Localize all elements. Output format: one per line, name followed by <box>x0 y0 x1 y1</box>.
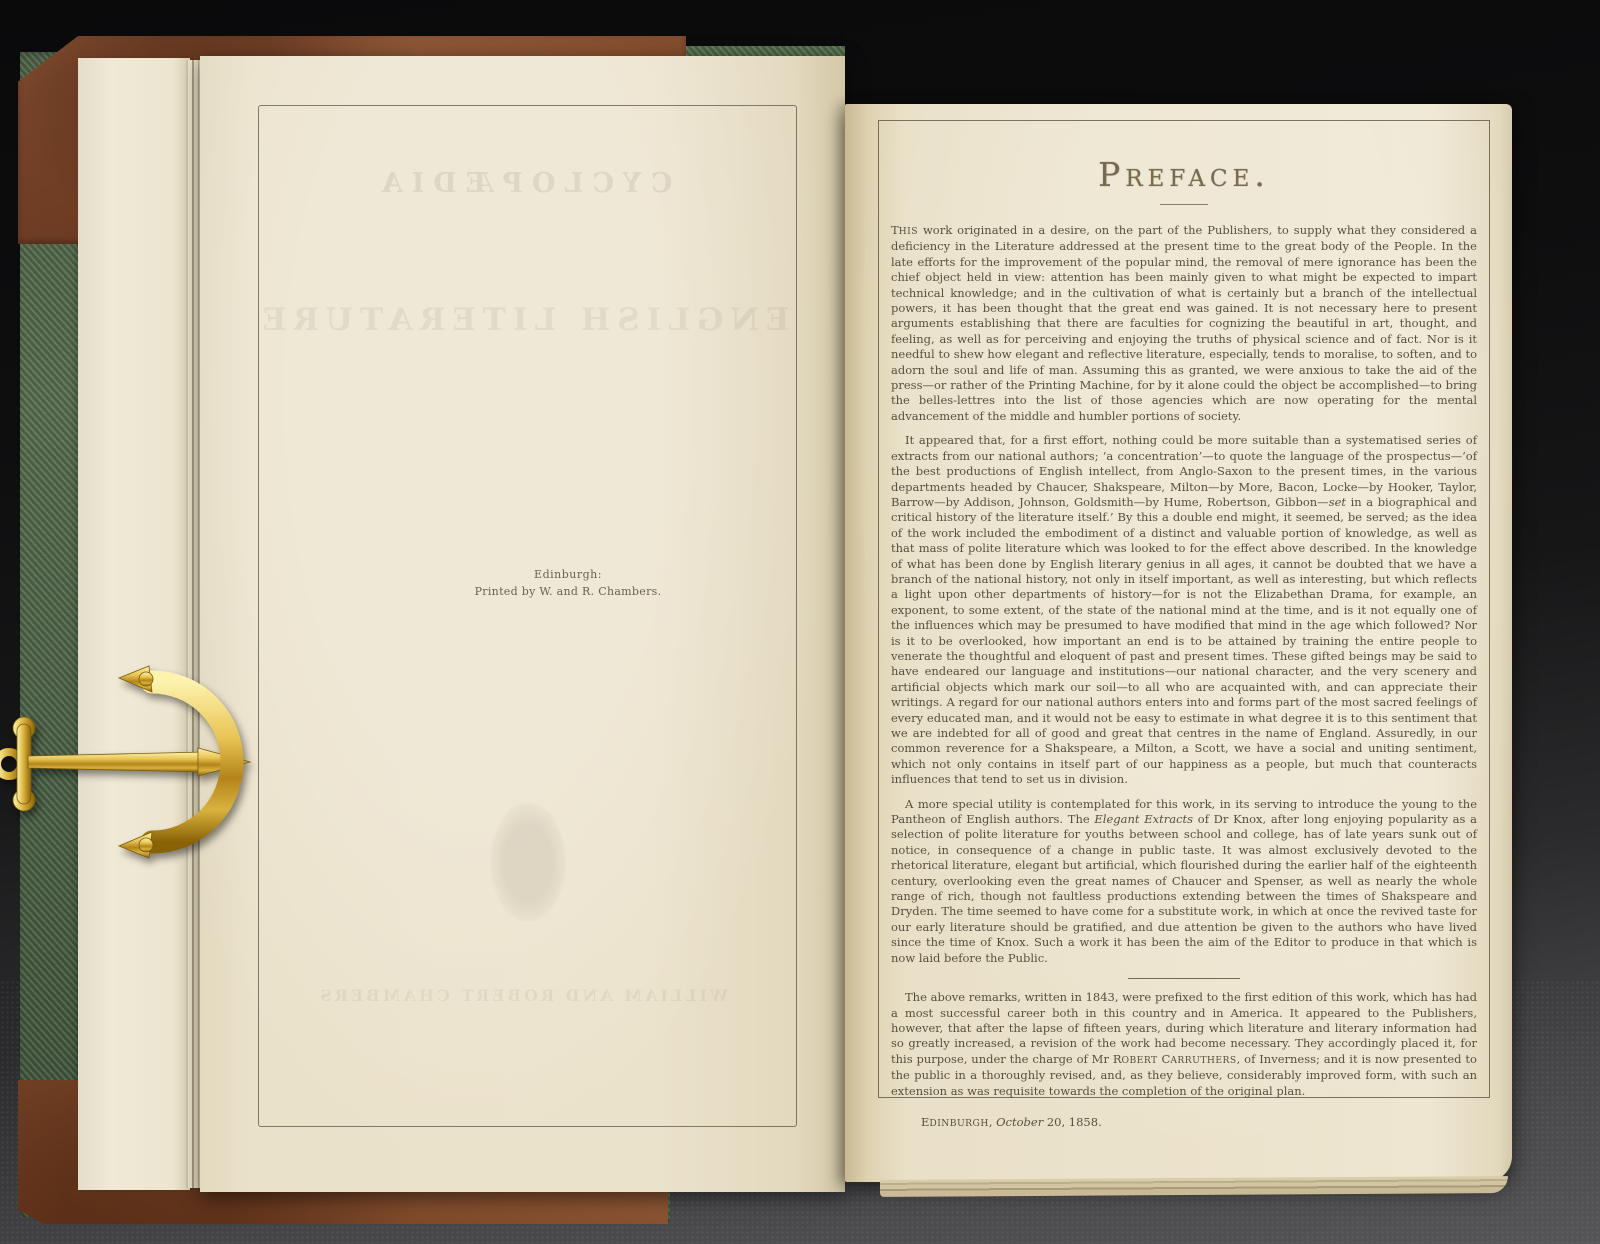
preface-paragraphs: THIS work originated in a desire, on the… <box>891 223 1477 1099</box>
anchor-clasp-icon <box>0 664 258 864</box>
title-rule <box>1160 204 1208 205</box>
left-page-border-frame <box>258 105 797 1127</box>
printer-imprint-city: Edinburgh: <box>368 568 768 581</box>
page-block-bottom-edge <box>880 1176 1508 1197</box>
ghost-showthrough-title-line2: ENGLISH LITERATURE <box>200 302 845 338</box>
photo-of-open-book: { "colors": { "page_cream": "#ece3cc", "… <box>0 0 1600 1244</box>
flyleaf-edge <box>78 58 190 1190</box>
section-divider <box>1128 978 1240 979</box>
left-page: CYCLOPÆDIA ENGLISH LITERATURE Edinburgh:… <box>200 56 845 1192</box>
right-page: Preface. THIS work originated in a desir… <box>845 104 1512 1182</box>
printer-imprint-name: Printed by W. and R. Chambers. <box>368 585 768 598</box>
closing-dateline: EDINBURGH, October 20, 1858. <box>891 1115 1477 1129</box>
preface-border-frame: Preface. THIS work originated in a desir… <box>878 120 1490 1098</box>
ghost-showthrough-title-line1: CYCLOPÆDIA <box>200 168 845 199</box>
ghost-showthrough-emblem <box>490 802 566 922</box>
preface-paragraph: It appeared that, for a first effort, no… <box>891 433 1477 787</box>
preface-title: Preface. <box>891 155 1477 194</box>
ghost-showthrough-publisher: WILLIAM AND ROBERT CHAMBERS <box>200 986 845 1005</box>
preface-paragraph: THIS work originated in a desire, on the… <box>891 223 1477 424</box>
preface-paragraph: A more special utility is contemplated f… <box>891 797 1477 966</box>
preface-paragraph: The above remarks, written in 1843, were… <box>891 990 1477 1099</box>
printer-imprint: Edinburgh: Printed by W. and R. Chambers… <box>368 568 768 598</box>
